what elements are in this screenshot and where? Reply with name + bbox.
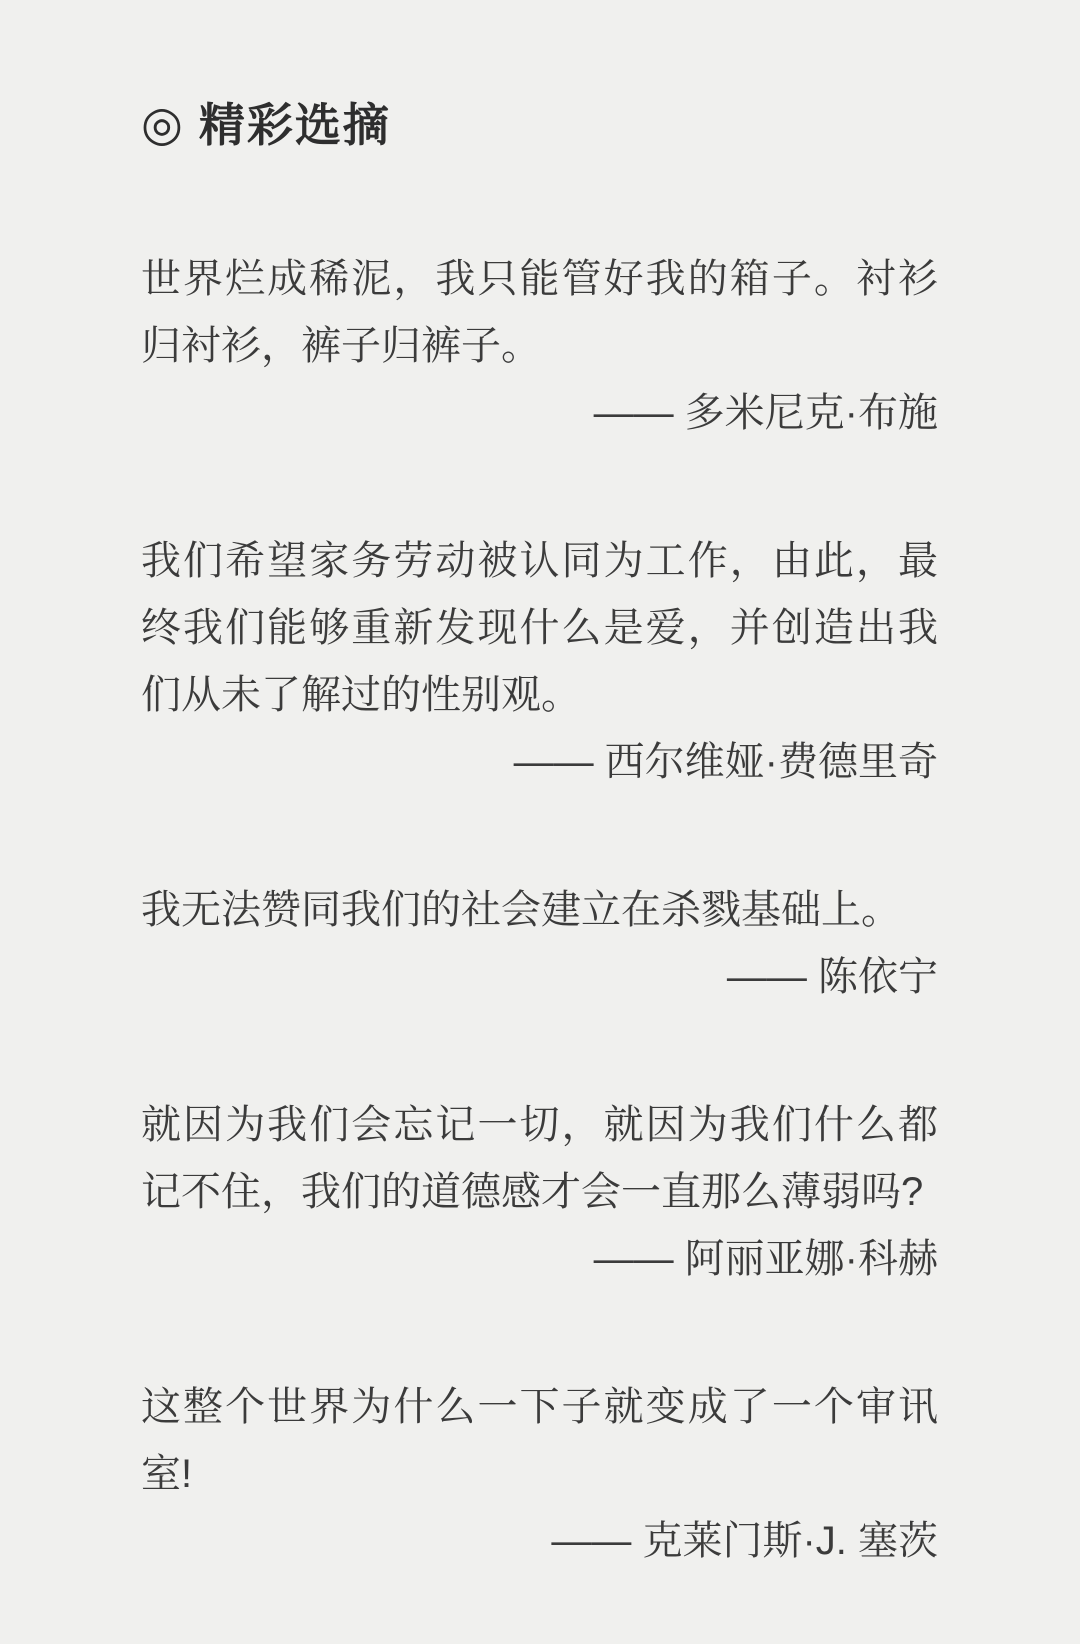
quote-attribution: —— 多米尼克·布施 [141, 380, 938, 447]
quote-text: 这整个世界为什么一下子就变成了一个审讯室! [141, 1374, 938, 1508]
page-title-label: 精彩选摘 [199, 96, 391, 154]
bullseye-icon: ◎ [141, 96, 185, 154]
quote-attribution: —— 阿丽亚娜·科赫 [141, 1226, 938, 1293]
quote-attribution: —— 西尔维娅·费德里奇 [141, 729, 938, 796]
quote-block: 世界烂成稀泥，我只能管好我的箱子。衬衫归衬衫，裤子归裤子。 —— 多米尼克·布施 [141, 246, 938, 447]
quote-block: 这整个世界为什么一下子就变成了一个审讯室! —— 克莱门斯·J. 塞茨 [141, 1374, 938, 1575]
quote-block: 就因为我们会忘记一切，就因为我们什么都记不住，我们的道德感才会一直那么薄弱吗? … [141, 1092, 938, 1293]
quote-block: 我无法赞同我们的社会建立在杀戮基础上。 —— 陈依宁 [141, 877, 938, 1011]
page-title: ◎ 精彩选摘 [141, 96, 938, 154]
quote-attribution: —— 克莱门斯·J. 塞茨 [141, 1508, 938, 1575]
quote-block: 我们希望家务劳动被认同为工作，由此，最终我们能够重新发现什么是爱，并创造出我们从… [141, 528, 938, 796]
quote-text: 就因为我们会忘记一切，就因为我们什么都记不住，我们的道德感才会一直那么薄弱吗? [141, 1092, 938, 1226]
quote-text: 世界烂成稀泥，我只能管好我的箱子。衬衫归衬衫，裤子归裤子。 [141, 246, 938, 380]
excerpt-page: ◎ 精彩选摘 世界烂成稀泥，我只能管好我的箱子。衬衫归衬衫，裤子归裤子。 —— … [0, 0, 1080, 1644]
quote-attribution: —— 陈依宁 [141, 944, 938, 1011]
quote-text: 我无法赞同我们的社会建立在杀戮基础上。 [141, 877, 938, 944]
quote-text: 我们希望家务劳动被认同为工作，由此，最终我们能够重新发现什么是爱，并创造出我们从… [141, 528, 938, 729]
